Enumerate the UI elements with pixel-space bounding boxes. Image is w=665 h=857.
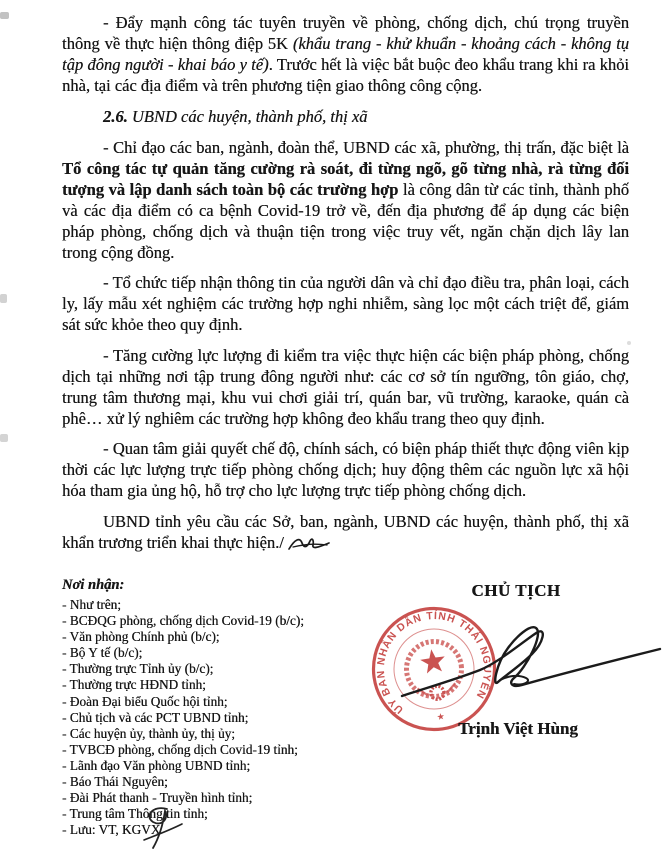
scan-artifact <box>0 434 8 442</box>
scan-artifact <box>0 12 9 19</box>
scan-artifact <box>0 294 7 303</box>
section-number: 2.6. <box>103 107 132 126</box>
recipient-item: - Thường trực Tỉnh ủy (b/c); <box>62 661 392 677</box>
paragraph-inspection-forces: - Tăng cường lực lượng đi kiểm tra việc … <box>62 345 629 429</box>
recipient-item: - Chủ tịch và các PCT UBND tỉnh; <box>62 710 392 726</box>
recipient-item: - Đài Phát thanh - Truyền hình tỉnh; <box>62 790 392 806</box>
paragraph-text: - Tăng cường lực lượng đi kiểm tra việc … <box>62 346 629 428</box>
signer-name: Trịnh Việt Hùng <box>418 719 618 739</box>
recipient-item: - Trung tâm Thông tin tỉnh; <box>62 806 392 822</box>
recipient-item: - TVBCĐ phòng, chống dịch Covid-19 tỉnh; <box>62 742 392 758</box>
recipient-item: - Như trên; <box>62 597 392 613</box>
section-heading-2-6: 2.6. UBND các huyện, thành phố, thị xã <box>62 106 629 127</box>
signer-title: CHỦ TỊCH <box>416 581 616 601</box>
section-title: UBND các huyện, thành phố, thị xã <box>132 107 368 126</box>
recipient-item: - Lưu: VT, KGVX <box>62 822 392 838</box>
paragraph-closing: UBND tỉnh yêu cầu các Sở, ban, ngành, UB… <box>62 511 629 553</box>
recipient-item: - Đoàn Đại biểu Quốc hội tỉnh; <box>62 694 392 710</box>
document-page: - Đẩy mạnh công tác tuyên truyền về phòn… <box>0 0 665 857</box>
recipient-item: - BCĐQG phòng, chống dịch Covid-19 (b/c)… <box>62 613 392 629</box>
paragraph-propaganda-5k: - Đẩy mạnh công tác tuyên truyền về phòn… <box>62 12 629 96</box>
paragraph-text: UBND tỉnh yêu cầu các Sở, ban, ngành, UB… <box>62 512 629 552</box>
document-body: - Đẩy mạnh công tác tuyên truyền về phòn… <box>62 12 629 562</box>
recipient-item: - Lãnh đạo Văn phòng UBND tỉnh; <box>62 758 392 774</box>
paragraph-text: - Tổ chức tiếp nhận thông tin của người … <box>62 273 629 334</box>
recipient-item: - Văn phòng Chính phủ (b/c); <box>62 629 392 645</box>
recipient-item: - Các huyện ủy, thành ủy, thị ủy; <box>62 726 392 742</box>
recipient-item: - Bộ Y tế (b/c); <box>62 645 392 661</box>
recipient-item: - Thường trực HĐND tỉnh; <box>62 677 392 693</box>
paragraph-directive-wards: - Chỉ đạo các ban, ngành, đoàn thể, UBND… <box>62 137 629 263</box>
clerk-initial-mark <box>140 804 186 852</box>
paragraph-text: - Quan tâm giải quyết chế độ, chính sách… <box>62 439 629 500</box>
signer-initial-mark <box>287 535 331 552</box>
paragraph-text: - Chỉ đạo các ban, ngành, đoàn thể, UBND… <box>103 138 629 157</box>
signature <box>396 618 664 706</box>
paragraph-information-intake: - Tổ chức tiếp nhận thông tin của người … <box>62 272 629 335</box>
recipient-item: - Báo Thái Nguyên; <box>62 774 392 790</box>
recipients-block: Nơi nhận: - Như trên; - BCĐQG phòng, chố… <box>62 577 392 838</box>
paragraph-support-policies: - Quan tâm giải quyết chế độ, chính sách… <box>62 438 629 501</box>
recipients-heading: Nơi nhận: <box>62 577 392 594</box>
